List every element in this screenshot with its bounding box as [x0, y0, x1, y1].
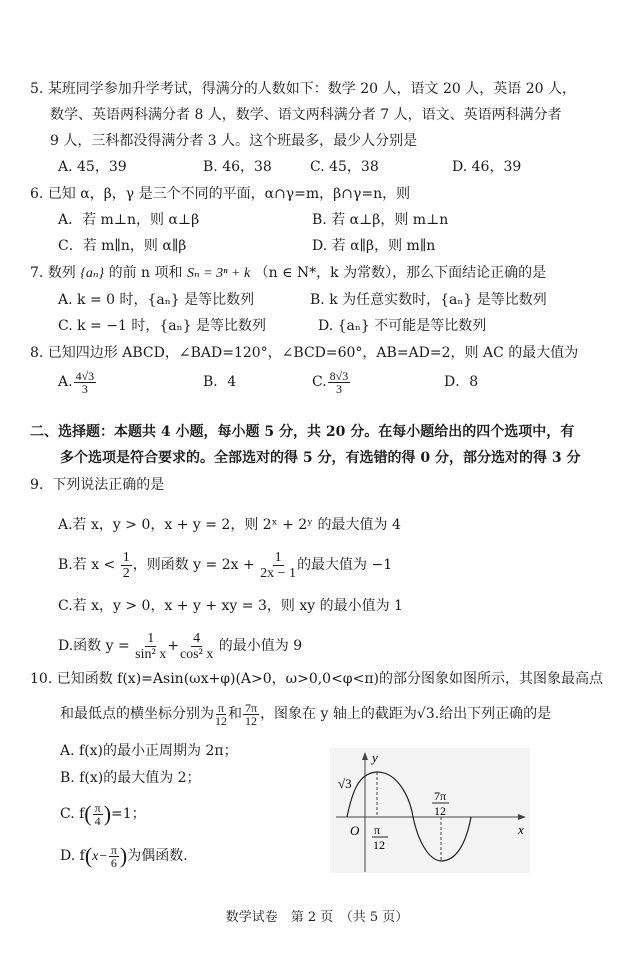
text: ，图象在 y 轴上的截距为√3.给出下列正确的是 [260, 706, 551, 722]
text: ，则函数 y = 2x + [133, 557, 255, 573]
text: C. f [60, 806, 84, 822]
question-8: 8. 已知四边形 ABCD，∠BAD=120°，∠BCD=60°，AB=AD=2… [30, 344, 578, 362]
option-9d: D.函数 y = 1sin² x+4cos² x 的最小值为 9 [58, 628, 302, 664]
denominator: 12 [245, 715, 257, 727]
numerator: 7π [243, 702, 259, 715]
peak-label-num: π [374, 823, 380, 837]
section-2-heading: 二、选择题：本题共 4 小题，每小题 5 分，共 20 分。在每小题给出的四个选… [30, 423, 574, 441]
option-10a: A. f(x)的最小正周期为 2π； [60, 742, 238, 760]
option-8c: C.8√33 [312, 367, 351, 397]
question-stem-part: 的前 n 项和 [109, 265, 183, 281]
option-6b: B. 若 α⊥β，则 m⊥n [312, 211, 448, 229]
option-8a: A.4√33 [58, 367, 97, 397]
denominator: 2 [123, 566, 130, 581]
text: =1； [111, 806, 146, 822]
fraction: 4cos² x [180, 631, 213, 662]
fraction: 4√33 [74, 370, 97, 395]
section-2-instructions: 多个选项是符合要求的。全部选对的得 5 分，有选错的得 0 分，部分选对的得 3… [60, 449, 580, 467]
question-10-line2: 和最低点的横坐标分别为π12和7π12，图象在 y 轴上的截距为√3.给出下列正… [60, 697, 551, 731]
fraction: 12x − 1 [260, 550, 296, 581]
numerator: 1 [273, 550, 284, 566]
option-5d: D. 46，39 [452, 158, 521, 176]
option-7c: C. k = −1 时，{aₙ} 是等比数列 [58, 317, 266, 335]
fraction: 1sin² x [135, 631, 166, 662]
option-9c: C.若 x，y > 0，x + y + xy = 3，则 xy 的最小值为 1 [58, 597, 403, 615]
text: 和 [228, 706, 242, 722]
origin-label: O [350, 823, 360, 838]
denominator: 6 [111, 857, 117, 869]
x-label: x [517, 822, 524, 837]
question-stem: 已知 α，β，γ 是三个不同的平面，α∩γ=m，β∩γ=n，则 [48, 186, 410, 202]
numerator: 1 [145, 631, 156, 647]
denominator: cos² x [180, 647, 213, 662]
question-number: 9. [30, 477, 43, 493]
intercept-label: √3 [338, 776, 352, 791]
denominator: sin² x [135, 647, 166, 662]
option-9b: B.若 x < 12，则函数 y = 2x + 12x − 1的最大值为 −1 [58, 547, 392, 583]
numerator: 1 [121, 550, 132, 566]
option-10c: C. f(π4)=1； [60, 796, 146, 832]
question-number: 10. [30, 671, 52, 687]
fraction: 8√33 [328, 370, 351, 395]
denominator: 2x − 1 [260, 566, 296, 581]
question-number: 5. [30, 81, 43, 97]
denominator: 12 [215, 715, 227, 727]
numerator: 8√3 [328, 370, 351, 383]
question-stem: 某班同学参加升学考试，得满分的人数如下：数学 20 人，语文 20 人，英语 2… [48, 81, 576, 97]
fraction: 12 [121, 550, 132, 581]
page-footer: 数学试卷 第 2 页 （共 5 页） [0, 906, 634, 925]
option-8d: D．8 [444, 373, 478, 391]
paren: ) [104, 801, 111, 826]
paren: ( [84, 801, 91, 826]
fraction: π12 [215, 702, 227, 727]
question-5-line3: 9 人，三科都没得满分者 3 人。这个班最多，最少人分别是 [50, 132, 417, 150]
option-6c: C．若 m∥n，则 α∥β [58, 237, 186, 255]
sequence-symbol: {aₙ} [80, 266, 104, 281]
fraction: π6 [109, 844, 119, 869]
denominator: 3 [82, 383, 88, 395]
question-stem-part: （n ∈ N*，k 为常数），那么下面结论正确的是 [255, 265, 546, 281]
question-7: 7. 数列 {aₙ} 的前 n 项和 Sₙ = 3ⁿ + k （n ∈ N*，k… [30, 264, 546, 283]
text: D.函数 y = [58, 638, 130, 654]
option-8b: B．4 [203, 373, 236, 391]
question-5: 5. 某班同学参加升学考试，得满分的人数如下：数学 20 人，语文 20 人，英… [30, 80, 576, 98]
question-10: 10. 已知函数 f(x)=Asin(ωx+φ)(A>0，ω>0,0<φ<π)的… [30, 670, 603, 688]
fraction: π4 [93, 802, 103, 827]
question-number: 8. [30, 345, 43, 361]
question-9: 9. 下列说法正确的是 [30, 476, 164, 494]
fraction: 7π12 [243, 702, 259, 727]
question-6: 6. 已知 α，β，γ 是三个不同的平面，α∩γ=m，β∩γ=n，则 [30, 185, 410, 203]
option-label: C. [312, 374, 327, 390]
trough-label-den: 12 [434, 804, 446, 818]
text: + [167, 638, 179, 654]
text: 的最小值为 9 [219, 638, 302, 654]
option-9a: A.若 x，y > 0，x + y = 2，则 2ˣ + 2ʸ 的最大值为 4 [58, 516, 401, 534]
text: B.若 x < [58, 557, 115, 573]
peak-label-den: 12 [373, 838, 385, 852]
option-5a: A. 45，39 [58, 158, 127, 176]
y-label: y [370, 750, 378, 765]
denominator: 4 [95, 815, 101, 827]
text: x− [92, 849, 108, 864]
numerator: π [93, 802, 103, 815]
option-label: A. [58, 374, 73, 390]
question-stem-part: 数列 [48, 265, 76, 281]
option-5b: B. 46，38 [203, 158, 272, 176]
text: D. f [60, 848, 85, 864]
option-6d: D. 若 α∥β，则 m∥n [312, 237, 435, 255]
option-10b: B. f(x)的最大值为 2； [60, 769, 201, 787]
option-5c: C. 45，38 [310, 158, 379, 176]
sine-graph: y x O √3 π 12 7π 12 [330, 748, 530, 873]
numerator: π [216, 702, 226, 715]
numerator: 4√3 [74, 370, 97, 383]
trough-label-num: 7π [434, 789, 446, 803]
text: 为偶函数. [127, 848, 187, 864]
numerator: π [109, 844, 119, 857]
graph-background [330, 748, 530, 873]
option-6a: A．若 m⊥n，则 α⊥β [58, 211, 199, 229]
question-stem: 下列说法正确的是 [52, 477, 164, 493]
sum-formula: Sₙ = 3ⁿ + k [187, 266, 250, 281]
text: 和最低点的横坐标分别为 [60, 706, 214, 722]
question-number: 7. [30, 265, 43, 281]
question-stem: 已知四边形 ABCD，∠BAD=120°，∠BCD=60°，AB=AD=2，则 … [48, 345, 578, 361]
option-10d: D. f(x−π6)为偶函数. [60, 838, 188, 875]
denominator: 3 [336, 383, 342, 395]
option-7d: D. {aₙ} 不可能是等比数列 [318, 317, 486, 335]
question-stem: 已知函数 f(x)=Asin(ωx+φ)(A>0，ω>0,0<φ<π)的部分图象… [57, 671, 603, 687]
text: 的最大值为 −1 [297, 557, 392, 573]
question-number: 6. [30, 186, 43, 202]
question-5-line2: 数学、英语两科满分者 8 人，数学、语文两科满分者 7 人，语文、英语两科满分者 [50, 106, 562, 124]
option-7b: B. k 为任意实数时，{aₙ} 是等比数列 [310, 291, 547, 309]
numerator: 4 [191, 631, 202, 647]
option-7a: A. k = 0 时，{aₙ} 是等比数列 [58, 291, 254, 309]
